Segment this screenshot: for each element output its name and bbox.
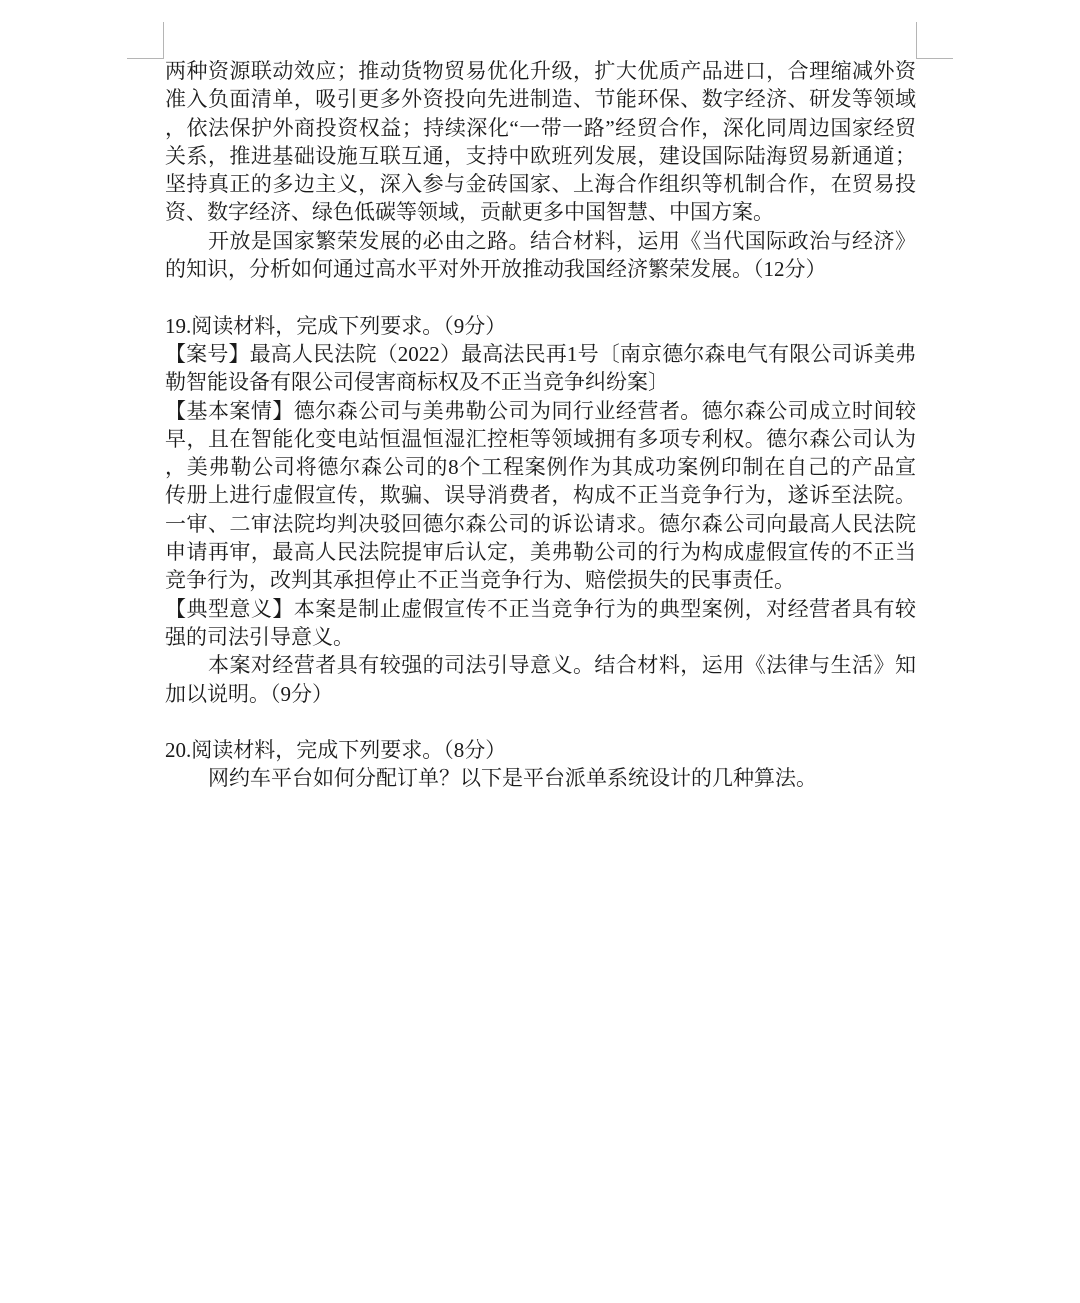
case-facts-line: 一审、二审法院均判决驳回德尔森公司的诉讼请求。德尔森公司向最高人民法院 xyxy=(165,510,916,538)
case-number-line: 【案号】最高人民法院（2022）最高法民再1号〔南京德尔森电气有限公司诉美弗 xyxy=(165,340,916,368)
text-line: 两种资源联动效应；推动货物贸易优化升级，扩大优质产品进口，合理缩减外资 xyxy=(165,57,916,85)
question-18-prompt-line: 开放是国家繁荣发展的必由之路。结合材料，运用《当代国际政治与经济》 xyxy=(165,227,916,255)
question-18-prompt-line: 的知识，分析如何通过高水平对外开放推动我国经济繁荣发展。（12分） xyxy=(165,255,916,283)
text-line: 关系，推进基础设施互联互通，支持中欧班列发展，建设国际陆海贸易新通道； xyxy=(165,142,916,170)
case-facts-line: 申请再审，最高人民法院提审后认定，美弗勒公司的行为构成虚假宣传的不正当 xyxy=(165,538,916,566)
question-19-prompt-line: 加以说明。（9分） xyxy=(165,680,916,708)
text-line: 资、数字经济、绿色低碳等领域，贡献更多中国智慧、中国方案。 xyxy=(165,198,916,226)
case-facts-line: 传册上进行虚假宣传，欺骗、误导消费者，构成不正当竞争行为，遂诉至法院。 xyxy=(165,481,916,509)
case-facts-line: ，美弗勒公司将德尔森公司的8个工程案例作为其成功案例印制在自己的产品宣 xyxy=(165,453,916,481)
case-significance-line: 【典型意义】本案是制止虚假宣传不正当竞争行为的典型案例，对经营者具有较 xyxy=(165,595,916,623)
document-body: 两种资源联动效应；推动货物贸易优化升级，扩大优质产品进口，合理缩减外资 准入负面… xyxy=(165,57,916,793)
text-line: 准入负面清单，吸引更多外资投向先进制造、节能环保、数字经济、研发等领域 xyxy=(165,85,916,113)
page-corner-mark-top-right xyxy=(916,22,953,59)
text-line: 坚持真正的多边主义，深入参与金砖国家、上海合作组织等机制合作，在贸易投 xyxy=(165,170,916,198)
case-facts-line: 早，且在智能化变电站恒温恒湿汇控柜等领域拥有多项专利权。德尔森公司认为 xyxy=(165,425,916,453)
text-line: ，依法保护外商投资权益；持续深化“一带一路”经贸合作，深化同周边国家经贸 xyxy=(165,114,916,142)
question-20-heading: 20.阅读材料，完成下列要求。（8分） xyxy=(165,736,916,764)
case-significance-line: 强的司法引导意义。 xyxy=(165,623,916,651)
blank-line xyxy=(165,283,916,311)
page-corner-mark-top-left xyxy=(127,22,164,59)
blank-line xyxy=(165,708,916,736)
question-19-heading: 19.阅读材料，完成下列要求。（9分） xyxy=(165,312,916,340)
case-facts-line: 竞争行为，改判其承担停止不正当竞争行为、赔偿损失的民事责任。 xyxy=(165,566,916,594)
case-facts-line: 【基本案情】德尔森公司与美弗勒公司为同行业经营者。德尔森公司成立时间较 xyxy=(165,397,916,425)
question-19-prompt-line: 本案对经营者具有较强的司法引导意义。结合材料，运用《法律与生活》知识 xyxy=(165,651,916,679)
case-number-line: 勒智能设备有限公司侵害商标权及不正当竞争纠纷案〕 xyxy=(165,368,916,396)
question-20-intro-line: 网约车平台如何分配订单？以下是平台派单系统设计的几种算法。 xyxy=(165,764,916,792)
